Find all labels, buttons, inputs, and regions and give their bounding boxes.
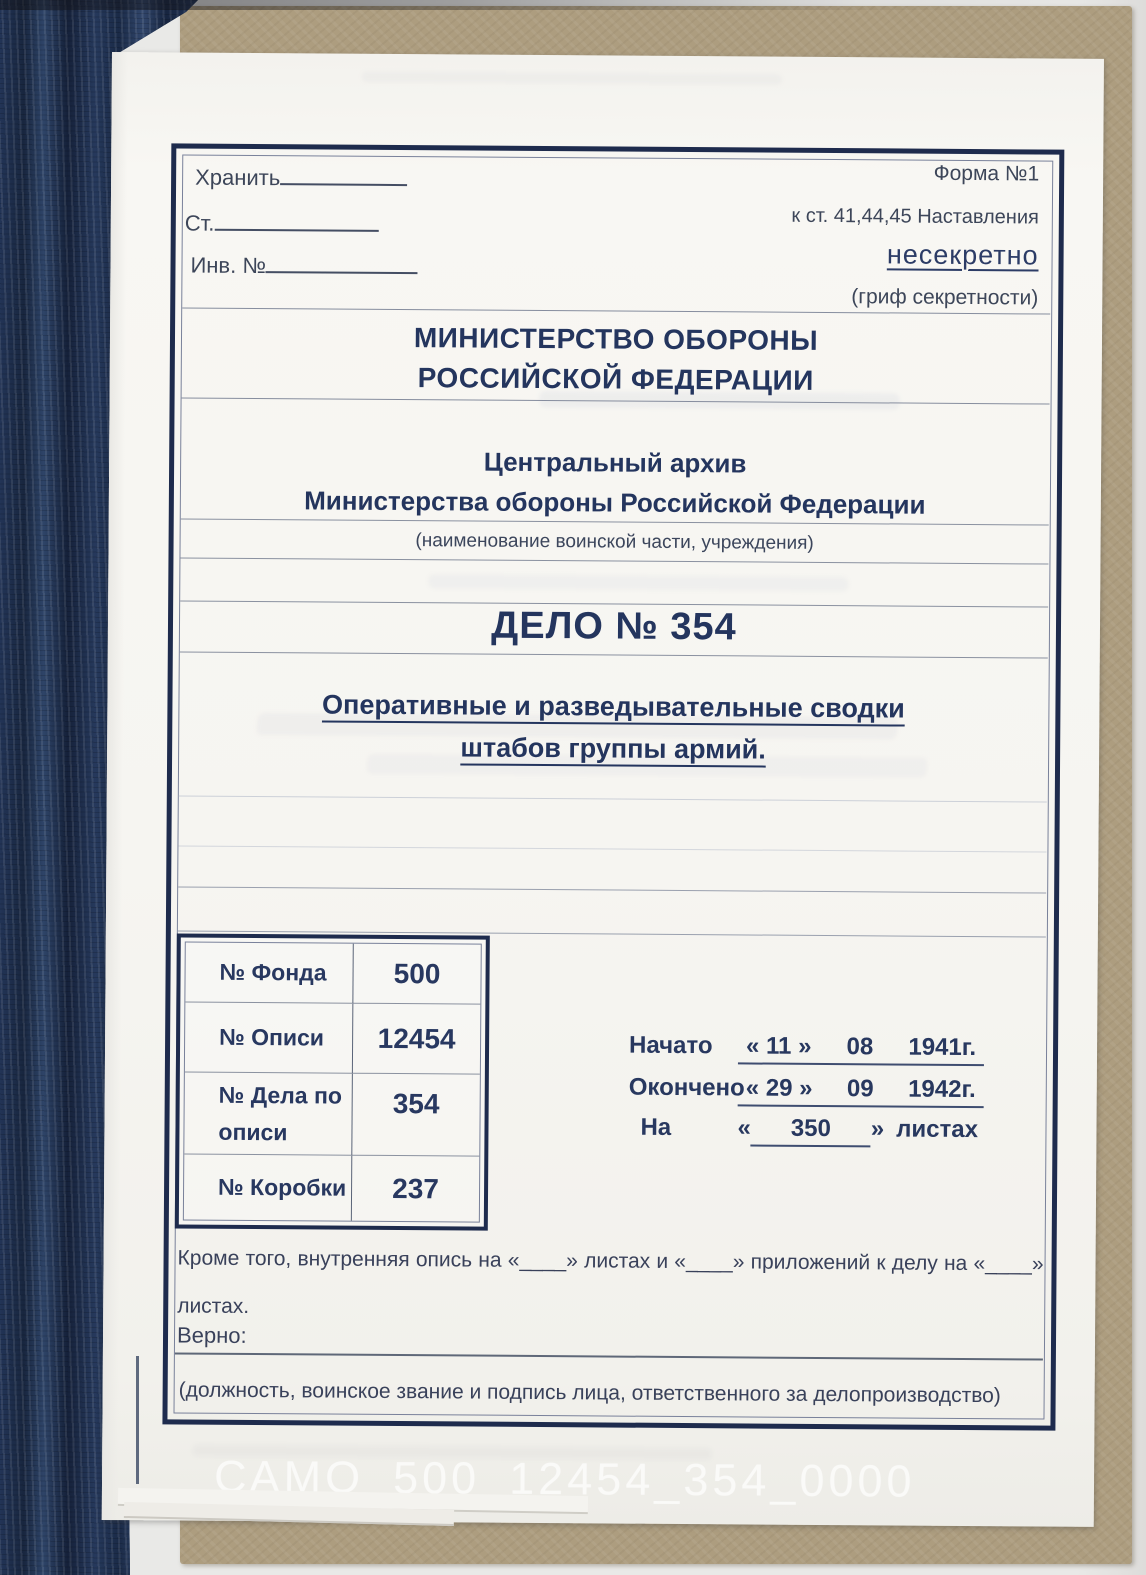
date-started-value: « 11 » 08 1941г. [738, 1032, 984, 1066]
inventory-field: Инв. № [190, 251, 418, 281]
secrecy-stamp: несекретно [887, 239, 1039, 271]
inventory-field-label: Инв. № [190, 253, 266, 280]
date-finished-year: 1942г. [908, 1076, 976, 1104]
sheets-quote-close: » [871, 1115, 885, 1143]
date-finished-label: Окончено [629, 1074, 738, 1103]
store-field: Хранить [195, 163, 407, 192]
registry-row-label: № Фонда [185, 943, 353, 1004]
form-number: Форма №1 [934, 162, 1040, 187]
date-finished-value: « 29 » 09 1942г. [738, 1074, 984, 1108]
sheets-count-row: На « 350 » листах [628, 1114, 978, 1148]
page-edge-mark [136, 1356, 139, 1484]
bleed-through-artifact [362, 72, 782, 85]
date-started-row: Начато « 11 » 08 1941г. [629, 1032, 984, 1066]
archive-name-line1: Центральный архив [181, 444, 1049, 481]
archive-name-line2: Министерства обороны Российской Федераци… [181, 484, 1049, 521]
regulation-reference: к ст. 41,44,45 Наставления [791, 205, 1039, 230]
registry-row-value: 237 [352, 1156, 479, 1222]
registry-row-value: 500 [353, 944, 480, 1005]
registry-row-label: № Коробки [184, 1155, 352, 1221]
date-finished-day: « 29 » [746, 1074, 813, 1102]
secrecy-caption: (гриф секретности) [851, 285, 1038, 310]
scan-edge-shadow [0, 0, 1146, 10]
registry-row-label: № Описи [185, 1003, 353, 1074]
store-field-label: Хранить [195, 165, 280, 192]
date-started-month: 08 [846, 1033, 873, 1061]
date-finished-row: Окончено « 29 » 09 1942г. [629, 1074, 984, 1108]
date-started-year: 1941г. [908, 1034, 976, 1062]
store-field-blank [280, 163, 407, 186]
date-finished-month: 09 [847, 1075, 874, 1103]
ministry-title-line2: РОССИЙСКОЙ ФЕДЕРАЦИИ [182, 360, 1050, 398]
case-subject-line2: штабов группы армий. [179, 730, 1047, 767]
archive-cover-sheet: Хранить Ст. Инв. № Форма №1 к ст. 41,44,… [102, 52, 1104, 1527]
inventory-field-blank [266, 251, 418, 274]
sheets-count-value: 350 [751, 1114, 871, 1147]
ministry-title-line1: МИНИСТЕРСТВО ОБОРОНЫ [182, 320, 1050, 358]
registry-table-inner: № Фонда 500 № Описи 12454 № Дела по опис… [183, 942, 482, 1223]
sheets-word: листах [896, 1116, 978, 1145]
sheets-count-label: На [628, 1114, 737, 1143]
date-started-label: Начато [629, 1032, 738, 1061]
registry-row-label: № Дела по описи [184, 1073, 353, 1156]
registry-row-value: 12454 [353, 1004, 480, 1075]
registry-table: № Фонда 500 № Описи 12454 № Дела по опис… [175, 933, 490, 1230]
date-started-day: « 11 » [746, 1032, 812, 1060]
case-number-title: ДЕЛО № 354 [180, 602, 1048, 651]
st-field-label: Ст. [185, 211, 215, 237]
st-field-blank [214, 209, 378, 232]
certified-label: Верно: [177, 1322, 247, 1348]
sheets-quote-open: « [737, 1114, 751, 1142]
case-subject-line1: Оперативные и разведывательные сводки [179, 688, 1047, 725]
registry-row-value: 354 [352, 1074, 480, 1157]
internal-inventory-note-cont: листах. [177, 1294, 249, 1319]
st-field: Ст. [185, 209, 379, 238]
